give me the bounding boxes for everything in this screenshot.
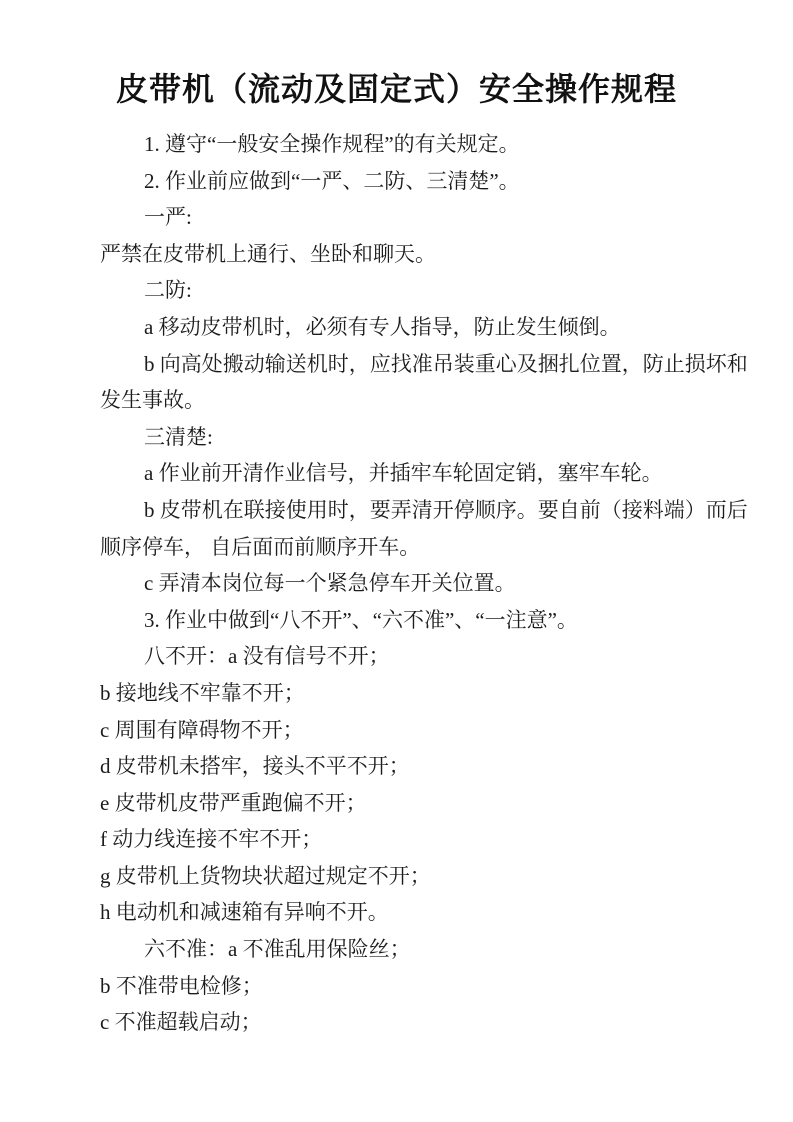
text-line: c 周围有障碍物不开； — [100, 712, 703, 749]
text-line: 严禁在皮带机上通行、坐卧和聊天。 — [100, 236, 703, 273]
text-line: b 向高处搬动输送机时，应找准吊装重心及捆扎位置，防止损坏和 — [100, 346, 703, 383]
text-line: 顺序停车， 自后面而前顺序开车。 — [100, 529, 703, 566]
text-line: b 不准带电检修； — [100, 968, 703, 1005]
text-line: 六不准：a 不准乱用保险丝； — [100, 931, 703, 968]
text-line: c 弄清本岗位每一个紧急停车开关位置。 — [100, 565, 703, 602]
text-line: 发生事故。 — [100, 382, 703, 419]
text-line: 二防: — [100, 272, 703, 309]
text-line: 1. 遵守“一般安全操作规程”的有关规定。 — [100, 126, 703, 163]
text-line: h 电动机和减速箱有异响不开。 — [100, 894, 703, 931]
text-line: b 皮带机在联接使用时，要弄清开停顺序。要自前（接料端）而后 — [100, 492, 703, 529]
text-line: c 不准超载启动； — [100, 1004, 703, 1041]
text-line: d 皮带机未搭牢，接头不平不开； — [100, 748, 703, 785]
text-line: a 移动皮带机时，必须有专人指导，防止发生倾倒。 — [100, 309, 703, 346]
document-body: 1. 遵守“一般安全操作规程”的有关规定。2. 作业前应做到“一严、二防、三清楚… — [0, 126, 793, 1041]
text-line: 3. 作业中做到“八不开”、“六不准”、“一注意”。 — [100, 602, 703, 639]
text-line: a 作业前开清作业信号，并插牢车轮固定销，塞牢车轮。 — [100, 455, 703, 492]
text-line: g 皮带机上货物块状超过规定不开； — [100, 858, 703, 895]
text-line: 一严: — [100, 199, 703, 236]
text-line: 三清楚: — [100, 419, 703, 456]
text-line: f 动力线连接不牢不开； — [100, 821, 703, 858]
document-title: 皮带机（流动及固定式）安全操作规程 — [0, 68, 793, 110]
text-line: b 接地线不牢靠不开； — [100, 675, 703, 712]
document-page: 皮带机（流动及固定式）安全操作规程 1. 遵守“一般安全操作规程”的有关规定。2… — [0, 0, 793, 1122]
text-line: 2. 作业前应做到“一严、二防、三清楚”。 — [100, 163, 703, 200]
text-line: 八不开：a 没有信号不开； — [100, 638, 703, 675]
text-line: e 皮带机皮带严重跑偏不开； — [100, 785, 703, 822]
